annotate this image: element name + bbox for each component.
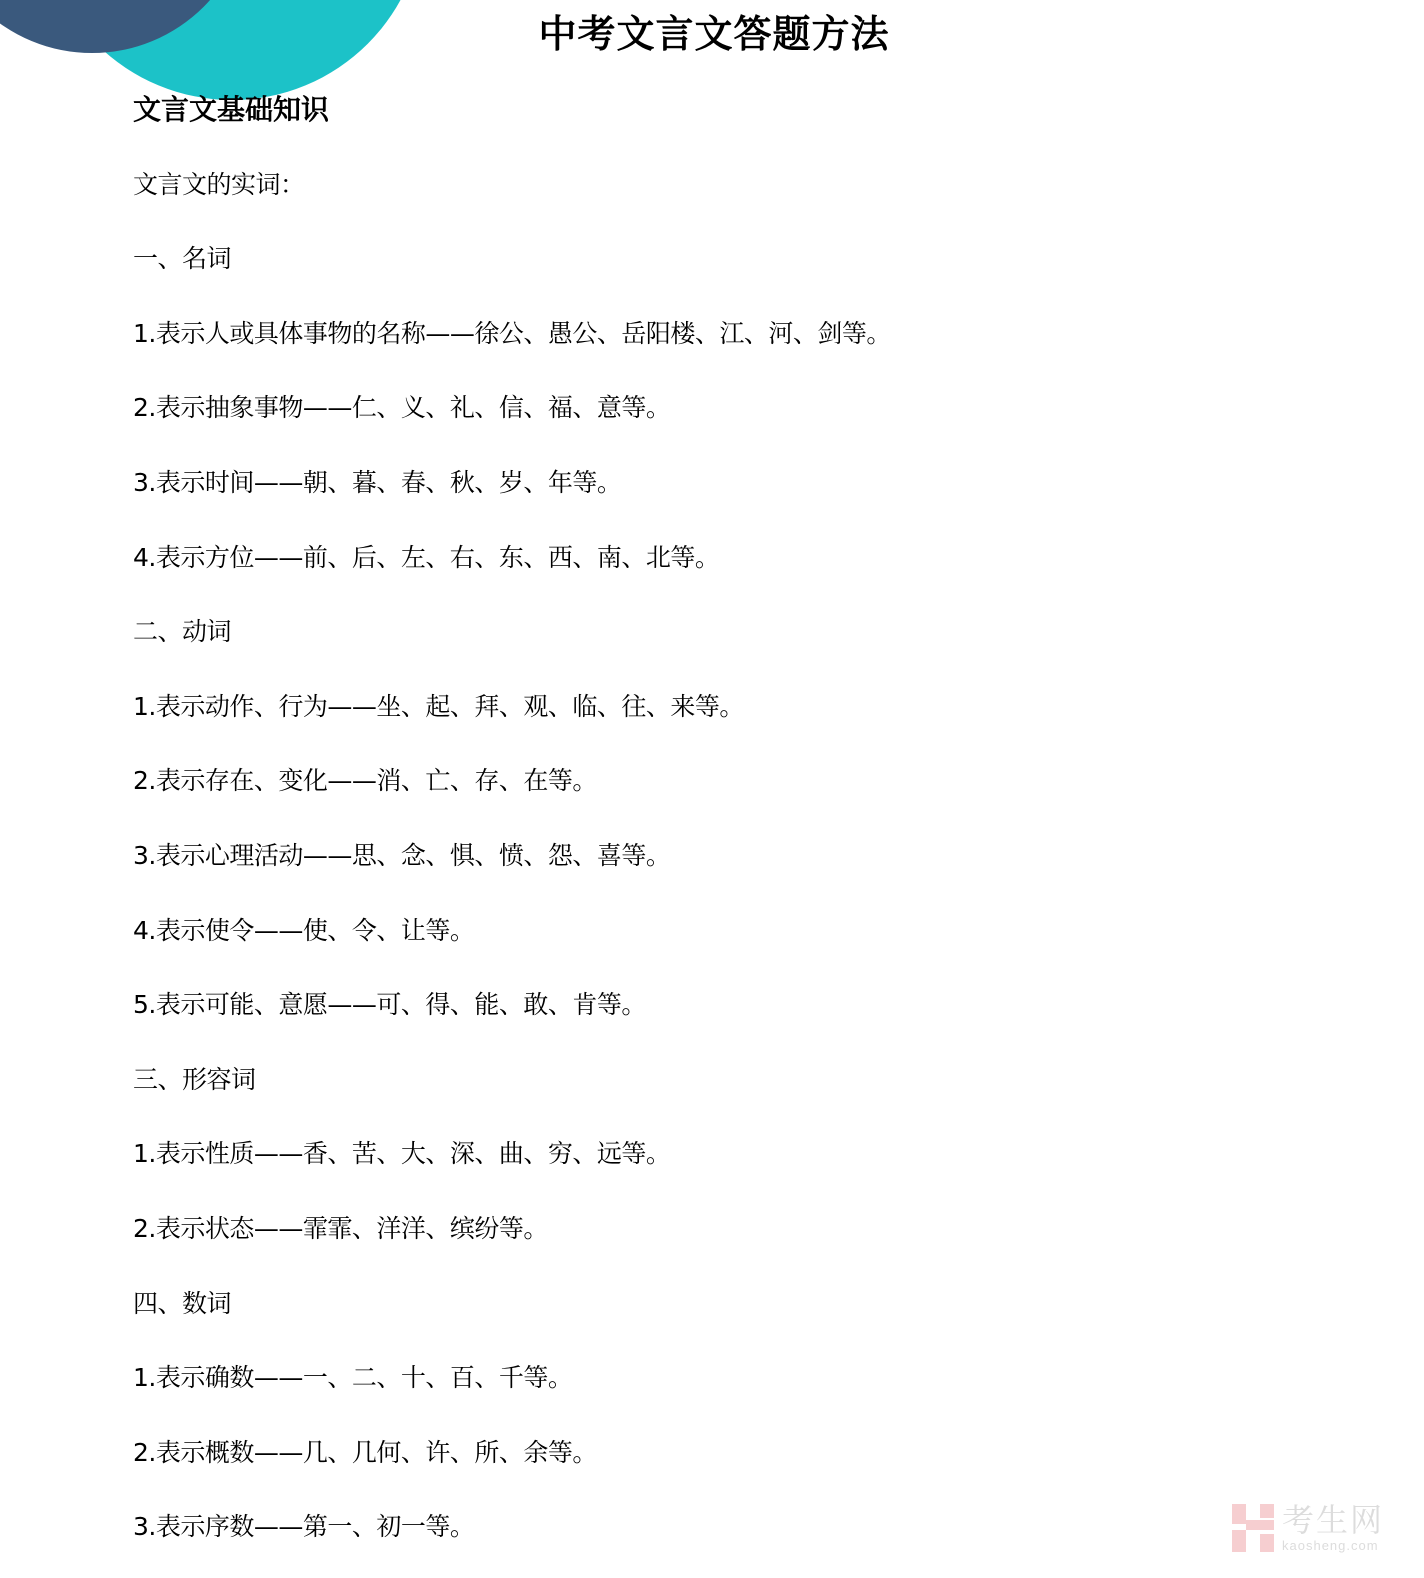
list-item: 4.表示使令——使、令、让等。 <box>133 907 1364 982</box>
list-item: 1.表示确数——一、二、十、百、千等。 <box>133 1354 1364 1429</box>
watermark-text-cn: 考生网 <box>1282 1500 1384 1540</box>
document-body: 文言文基础知识 文言文的实词： 一、名词 1.表示人或具体事物的名称——徐公、愚… <box>133 86 1364 1578</box>
list-item: 2.表示概数——几、几何、许、所、余等。 <box>133 1429 1364 1504</box>
list-item: 1.表示人或具体事物的名称——徐公、愚公、岳阳楼、江、河、剑等。 <box>133 310 1364 385</box>
list-item: 1.表示性质——香、苦、大、深、曲、穷、远等。 <box>133 1130 1364 1205</box>
list-item: 5.表示可能、意愿——可、得、能、敢、肯等。 <box>133 981 1364 1056</box>
list-item: 4.表示方位——前、后、左、右、东、西、南、北等。 <box>133 534 1364 609</box>
list-item: 1.表示动作、行为——坐、起、拜、观、临、往、来等。 <box>133 683 1364 758</box>
category-heading-nouns: 一、名词 <box>133 235 1364 310</box>
list-item: 2.表示抽象事物——仁、义、礼、信、福、意等。 <box>133 384 1364 459</box>
list-item: 2.表示存在、变化——消、亡、存、在等。 <box>133 757 1364 832</box>
list-item: 3.表示心理活动——思、念、惧、愤、怨、喜等。 <box>133 832 1364 907</box>
list-item: 2.表示状态——霏霏、洋洋、缤纷等。 <box>133 1205 1364 1280</box>
category-heading-verbs: 二、动词 <box>133 608 1364 683</box>
intro-line: 文言文的实词： <box>133 161 1364 236</box>
section-heading: 文言文基础知识 <box>133 86 1364 161</box>
kaosheng-logo-icon <box>1232 1504 1274 1552</box>
page-title: 中考文言文答题方法 <box>0 8 1424 60</box>
list-item: 3.表示时间——朝、暮、春、秋、岁、年等。 <box>133 459 1364 534</box>
category-heading-numerals: 四、数词 <box>133 1280 1364 1355</box>
category-heading-adjectives: 三、形容词 <box>133 1056 1364 1131</box>
watermark-text-en: kaosheng.com <box>1282 1538 1379 1554</box>
list-item: 3.表示序数——第一、初一等。 <box>133 1503 1364 1578</box>
watermark: 考生网 kaosheng.com <box>1232 1500 1412 1560</box>
